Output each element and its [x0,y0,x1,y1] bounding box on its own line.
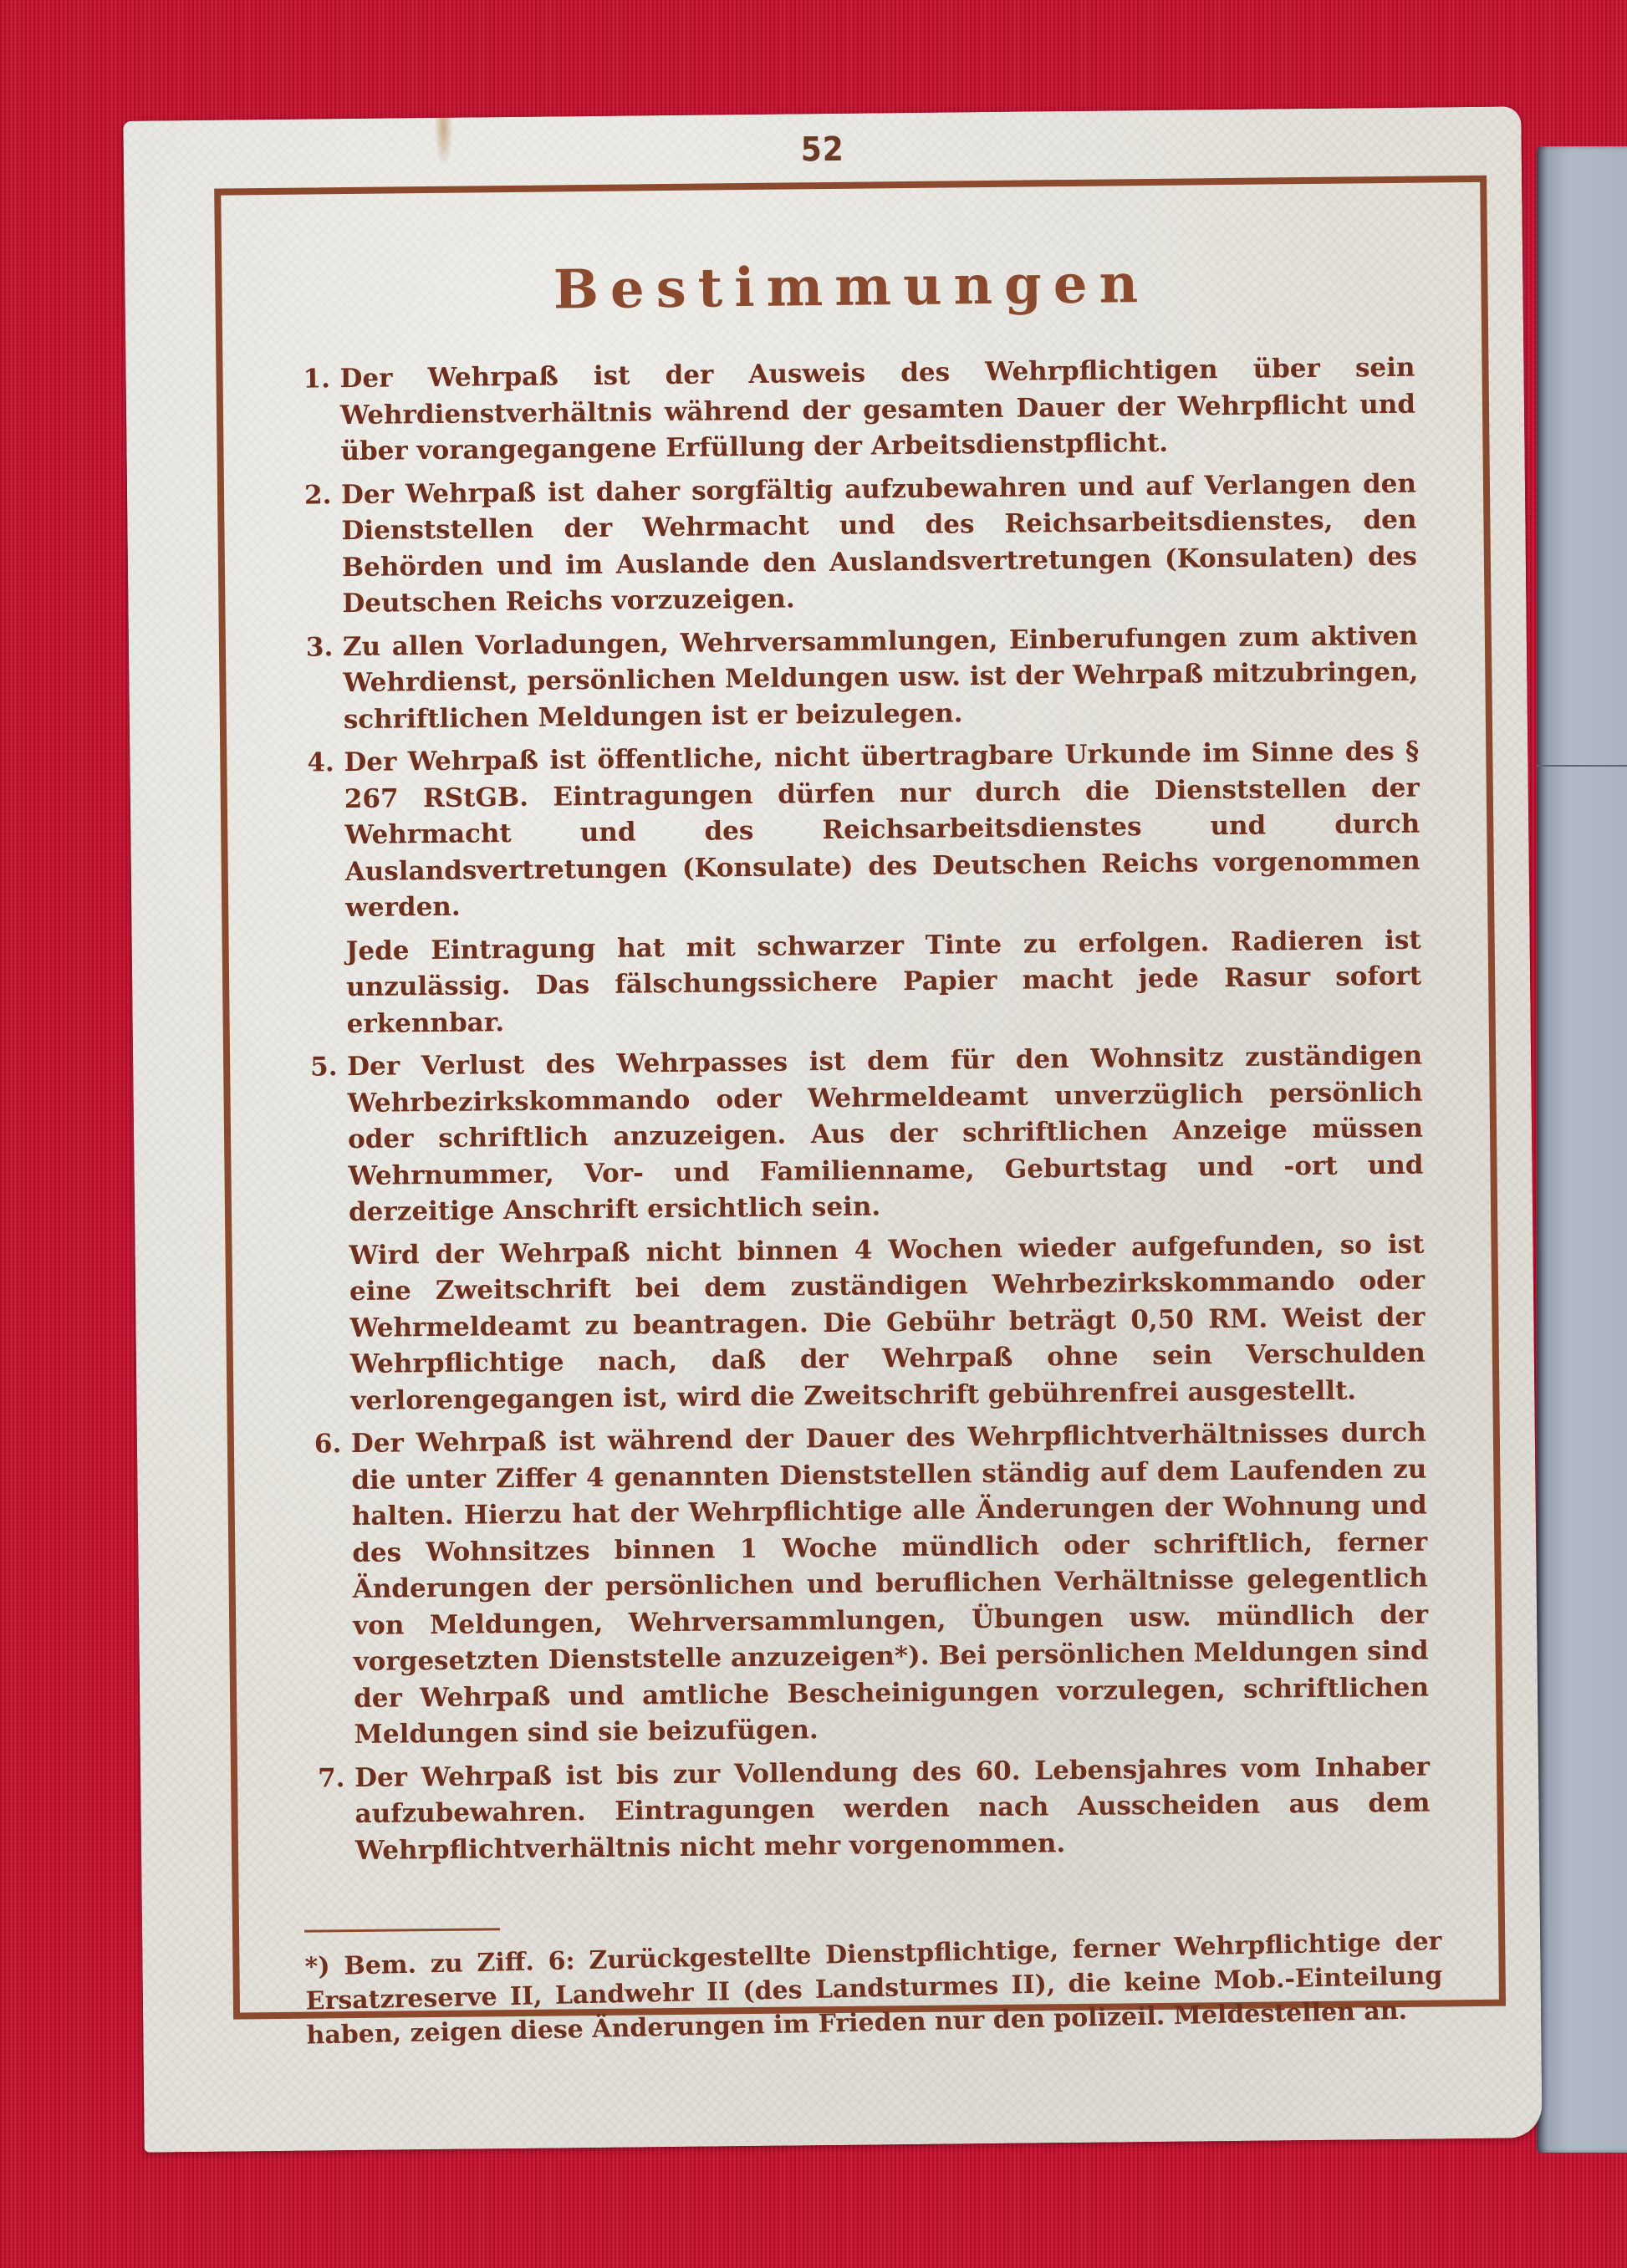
regulation-item: 2. Der Wehrpaß ist daher sorgfältig aufz… [304,466,1418,623]
item-number: 2. [304,477,332,514]
item-number: 1. [303,361,330,398]
regulation-item: 7. Der Wehrpaß ist bis zur Vollendung de… [318,1749,1431,1869]
item-number: 5. [310,1049,338,1086]
regulation-item: 6. Der Wehrpaß ist während der Dauer des… [314,1415,1430,1754]
adjacent-page-edge [1537,146,1627,2153]
item-number: 6. [314,1426,342,1463]
item-text: Jede Eintragung hat mit schwarzer Tinte … [346,922,1422,1042]
regulation-item: 4. Der Wehrpaß ist öffentliche, nicht üb… [307,734,1422,1043]
item-text: Zu allen Vorladungen, Wehrversammlungen,… [343,618,1419,738]
document-page: 52 Bestimmungen 1. Der Wehrpaß ist der A… [123,106,1542,2152]
item-text: Der Wehrpaß ist daher sorgfältig aufzube… [341,466,1418,622]
regulation-item: 3. Zu allen Vorladungen, Wehrversammlung… [306,618,1419,738]
item-text: Der Wehrpaß ist der Ausweis des Wehrpfli… [339,350,1415,471]
regulation-item: 5. Der Verlust des Wehrpasses ist dem fü… [310,1038,1426,1420]
page-crease [1537,765,1627,767]
footnote: *) Bem. zu Ziff. 6: Zurückgestellte Dien… [304,1924,1443,2053]
item-number: 3. [306,629,334,666]
border-frame: Bestimmungen 1. Der Wehrpaß ist der Ausw… [214,176,1506,2020]
item-text: Der Wehrpaß ist öffentliche, nicht übert… [344,734,1420,927]
item-text: Der Wehrpaß ist während der Dauer des We… [351,1415,1430,1754]
item-text: Wird der Wehrpaß nicht binnen 4 Wochen w… [349,1226,1426,1419]
item-number: 4. [307,745,334,782]
page-number: 52 [124,123,1522,176]
item-number: 7. [318,1761,345,1797]
regulations-list: 1. Der Wehrpaß ist der Ausweis des Wehrp… [303,350,1431,1877]
item-text: Der Wehrpaß ist bis zur Vollendung des 6… [354,1749,1431,1869]
regulation-item: 1. Der Wehrpaß ist der Ausweis des Wehrp… [303,350,1415,471]
page-title: Bestimmungen [222,249,1482,325]
item-text: Der Verlust des Wehrpasses ist dem für d… [347,1038,1424,1231]
footnote-divider [304,1928,500,1932]
